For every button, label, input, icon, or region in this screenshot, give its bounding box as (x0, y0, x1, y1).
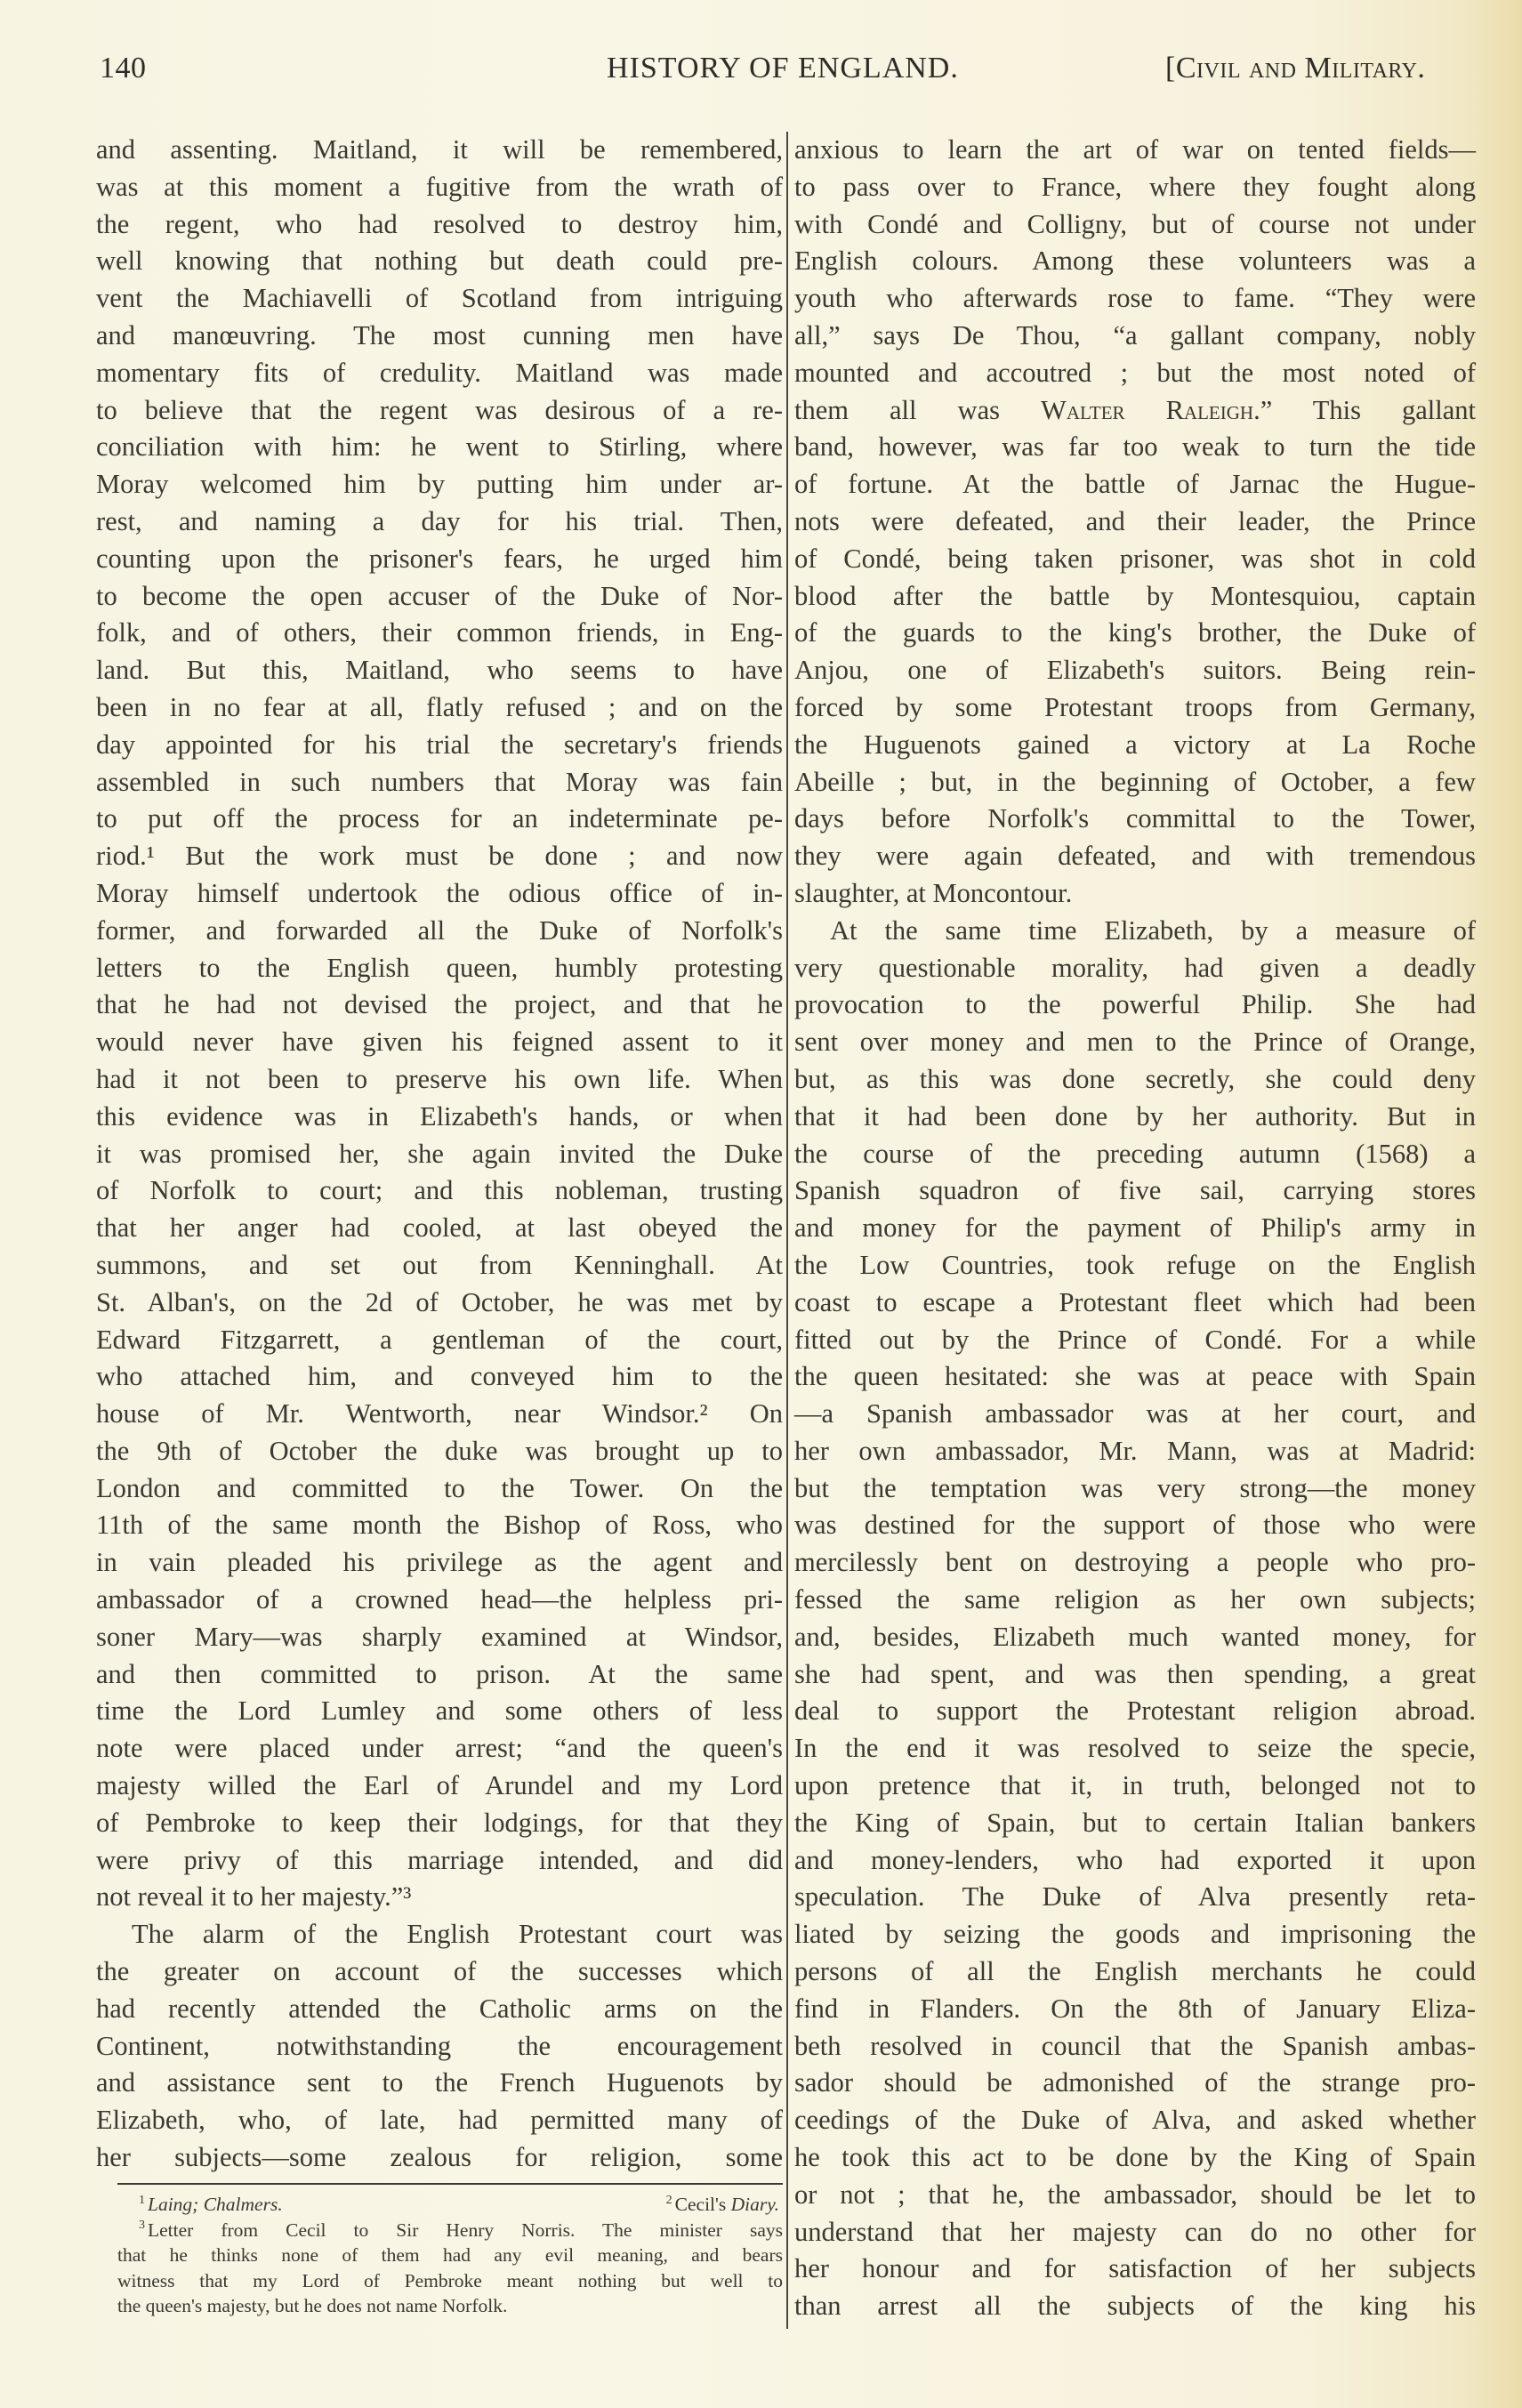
text-line: riod.¹ But the work must be done ; and n… (96, 838, 783, 875)
text-line: days before Norfolk's committal to the T… (794, 801, 1476, 838)
text-line: liated by seizing the goods and imprison… (794, 1916, 1476, 1953)
left-column: and assenting. Maitland, it will be reme… (96, 132, 783, 2177)
text-line: 11th of the same month the Bishop of Ros… (96, 1507, 783, 1544)
text-line: had it not been to preserve his own life… (96, 1061, 783, 1099)
text-line: with Condé and Colligny, but of course n… (794, 206, 1476, 244)
footnote-mark: 1 (139, 2194, 145, 2207)
text-line: that it had been done by her authority. … (794, 1099, 1476, 1136)
text-line: the King of Spain, but to certain Italia… (794, 1805, 1476, 1842)
text-line: ambassador of a crowned head—the helples… (96, 1582, 783, 1619)
text-fragment: them all was (794, 395, 1041, 425)
right-column: anxious to learn the art of war on tente… (794, 132, 1476, 2325)
footnote-mark: 3 (139, 2219, 145, 2232)
text-line: time the Lord Lumley and some others of … (96, 1693, 783, 1730)
text-line: and assistance sent to the French Huguen… (96, 2065, 783, 2102)
footnote-3-line: the queen's majesty, but he does not nam… (117, 2293, 783, 2319)
text-line: note were placed under arrest; “and the … (96, 1730, 783, 1768)
text-line: it was promised her, she again invited t… (96, 1136, 783, 1173)
footnote-1: 1Laing; Chalmers. (139, 2192, 283, 2218)
text-line: Anjou, one of Elizabeth's suitors. Being… (794, 652, 1476, 689)
text-line: band, however, was far too weak to turn … (794, 429, 1476, 466)
text-line: English colours. Among these volunteers … (794, 243, 1476, 280)
text-line: would never have given his feigned assen… (96, 1024, 783, 1061)
text-line: were privy of this marriage intended, an… (96, 1842, 783, 1880)
text-line: but, as this was done secretly, she coul… (794, 1061, 1476, 1099)
text-line: Edward Fitzgarrett, a gentleman of the c… (96, 1322, 783, 1359)
footnote-text: Cecil's (675, 2194, 731, 2215)
text-line: than arrest all the subjects of the king… (794, 2288, 1476, 2325)
text-line: former, and forwarded all the Duke of No… (96, 913, 783, 950)
text-line: the Low Countries, took refuge on the En… (794, 1247, 1476, 1285)
text-line: London and committed to the Tower. On th… (96, 1470, 783, 1508)
text-line: soner Mary—was sharply examined at Winds… (96, 1619, 783, 1656)
footnote-text: Laing; Chalmers. (148, 2194, 283, 2215)
text-line: the course of the preceding autumn (1568… (794, 1136, 1476, 1173)
text-line: land. But this, Maitland, who seems to h… (96, 652, 783, 689)
footnote-3-line: witness that my Lord of Pembroke meant n… (117, 2268, 783, 2294)
text-line: slaughter, at Moncontour. (794, 875, 1476, 913)
section-title: [Civil and Military. (1165, 52, 1425, 85)
column-divider (786, 132, 788, 2329)
text-line: blood after the battle by Montesquiou, c… (794, 578, 1476, 616)
person-name: Walter Raleigh (1041, 395, 1253, 425)
footnote-italic-text: Diary. (731, 2194, 779, 2215)
footnotes: 1Laing; Chalmers. 2Cecil's Diary. 3Lette… (117, 2192, 783, 2319)
text-line: assembled in such numbers that Moray was… (96, 764, 783, 801)
text-line: they were again defeated, and with treme… (794, 838, 1476, 875)
text-line: rest, and naming a day for his trial. Th… (96, 503, 783, 541)
text-line: the Huguenots gained a victory at La Roc… (794, 727, 1476, 764)
text-line: letters to the English queen, humbly pro… (96, 950, 783, 987)
text-line: was at this moment a fugitive from the w… (96, 169, 783, 206)
text-line: momentary fits of credulity. Maitland wa… (96, 355, 783, 392)
text-line: Spanish squadron of five sail, carrying … (794, 1172, 1476, 1210)
text-line: folk, and of others, their common friend… (96, 615, 783, 652)
text-line: been in no fear at all, flatly refused ;… (96, 689, 783, 727)
text-line: them all was Walter Raleigh.” This galla… (794, 392, 1476, 430)
text-line: find in Flanders. On the 8th of January … (794, 1991, 1476, 2028)
text-line: fitted out by the Prince of Condé. For a… (794, 1322, 1476, 1359)
text-line: and, besides, Elizabeth much wanted mone… (794, 1619, 1476, 1656)
text-line: house of Mr. Wentworth, near Windsor.² O… (96, 1396, 783, 1433)
text-line: and manœuvring. The most cunning men hav… (96, 318, 783, 355)
text-line: to pass over to France, where they fough… (794, 169, 1476, 206)
text-line: sent over money and men to the Prince of… (794, 1024, 1476, 1061)
text-line: who attached him, and conveyed him to th… (96, 1358, 783, 1396)
text-line: forced by some Protestant troops from Ge… (794, 689, 1476, 727)
text-line: deal to support the Protestant religion … (794, 1693, 1476, 1730)
text-line: At the same time Elizabeth, by a measure… (794, 913, 1476, 950)
text-line: counting upon the prisoner's fears, he u… (96, 541, 783, 578)
text-line: or not ; that he, the ambassador, should… (794, 2177, 1476, 2214)
text-line: to believe that the regent was desirous … (96, 392, 783, 430)
text-line: very questionable morality, had given a … (794, 950, 1476, 987)
footnote-3-line: 3Letter from Cecil to Sir Henry Norris. … (117, 2218, 783, 2243)
text-line: fessed the same religion as her own subj… (794, 1582, 1476, 1619)
text-fragment: .” This gallant (1253, 395, 1476, 425)
running-header: 140 HISTORY OF ENGLAND. [Civil and Milit… (100, 52, 1470, 96)
text-line: well knowing that nothing but death coul… (96, 243, 783, 280)
text-line: day appointed for his trial the secretar… (96, 727, 783, 764)
text-line: youth who afterwards rose to fame. “They… (794, 280, 1476, 318)
text-line: that her anger had cooled, at last obeye… (96, 1210, 783, 1247)
text-line: anxious to learn the art of war on tente… (794, 132, 1476, 169)
text-line: mercilessly bent on destroying a people … (794, 1544, 1476, 1582)
text-line: all,” says De Thou, “a gallant company, … (794, 318, 1476, 355)
text-line: coast to escape a Protestant fleet which… (794, 1285, 1476, 1322)
text-line: he took this act to be done by the King … (794, 2139, 1476, 2177)
text-line: of fortune. At the battle of Jarnac the … (794, 466, 1476, 503)
text-line: provocation to the powerful Philip. She … (794, 987, 1476, 1024)
text-line: of the guards to the king's brother, the… (794, 615, 1476, 652)
footnote-2: 2Cecil's Diary. (666, 2192, 779, 2218)
text-line: and money-lenders, who had exported it u… (794, 1842, 1476, 1880)
text-line: mounted and accoutred ; but the most not… (794, 355, 1476, 392)
text-line: upon pretence that it, in truth, belonge… (794, 1768, 1476, 1805)
text-line: had recently attended the Catholic arms … (96, 1991, 783, 2028)
text-line: speculation. The Duke of Alva presently … (794, 1879, 1476, 1916)
text-line: The alarm of the English Protestant cour… (96, 1916, 783, 1953)
text-line: persons of all the English merchants he … (794, 1953, 1476, 1991)
text-line: of Pembroke to keep their lodgings, for … (96, 1805, 783, 1842)
page-number: 140 (100, 52, 147, 85)
text-line: of Condé, being taken prisoner, was shot… (794, 541, 1476, 578)
text-line: and assenting. Maitland, it will be reme… (96, 132, 783, 169)
text-line: the 9th of October the duke was brought … (96, 1433, 783, 1470)
text-line: Elizabeth, who, of late, had permitted m… (96, 2102, 783, 2139)
text-line: not reveal it to her majesty.”³ (96, 1879, 783, 1916)
text-line: and then committed to prison. At the sam… (96, 1656, 783, 1694)
text-line: but the temptation was very strong—the m… (794, 1470, 1476, 1508)
running-title: HISTORY OF ENGLAND. (607, 52, 959, 85)
text-line: the regent, who had resolved to destroy … (96, 206, 783, 244)
text-line: the greater on account of the successes … (96, 1953, 783, 1991)
text-line: Abeille ; but, in the beginning of Octob… (794, 764, 1476, 801)
text-line: she had spent, and was then spending, a … (794, 1656, 1476, 1694)
text-line: her own ambassador, Mr. Mann, was at Mad… (794, 1433, 1476, 1470)
text-line: the queen hesitated: she was at peace wi… (794, 1358, 1476, 1396)
text-line: St. Alban's, on the 2d of October, he wa… (96, 1285, 783, 1322)
text-line: was destined for the support of those wh… (794, 1507, 1476, 1544)
footnote-text: Letter from Cecil to Sir Henry Norris. T… (148, 2219, 783, 2241)
footnote-3-line: that he thinks none of them had any evil… (117, 2243, 783, 2268)
text-line: vent the Machiavelli of Scotland from in… (96, 280, 783, 318)
text-line: understand that her majesty can do no ot… (794, 2214, 1476, 2251)
text-line: In the end it was resolved to seize the … (794, 1730, 1476, 1768)
text-line: conciliation with him: he went to Stirli… (96, 429, 783, 466)
text-line: beth resolved in council that the Spanis… (794, 2028, 1476, 2066)
text-line: nots were defeated, and their leader, th… (794, 503, 1476, 541)
text-line: to put off the process for an indetermin… (96, 801, 783, 838)
text-line: Moray himself undertook the odious offic… (96, 875, 783, 913)
text-line: summons, and set out from Kenninghall. A… (96, 1247, 783, 1285)
text-line: Moray welcomed him by putting him under … (96, 466, 783, 503)
text-line: Continent, notwithstanding the encourage… (96, 2028, 783, 2066)
text-line: her subjects—some zealous for religion, … (96, 2139, 783, 2177)
text-line: that he had not devised the project, and… (96, 987, 783, 1024)
text-line: to become the open accuser of the Duke o… (96, 578, 783, 616)
text-line: majesty willed the Earl of Arundel and m… (96, 1768, 783, 1805)
text-line: and money for the payment of Philip's ar… (794, 1210, 1476, 1247)
footnote-row-1-2: 1Laing; Chalmers. 2Cecil's Diary. (117, 2192, 783, 2218)
text-line: in vain pleaded his privilege as the age… (96, 1544, 783, 1582)
text-line: ceedings of the Duke of Alva, and asked … (794, 2102, 1476, 2139)
footnote-divider (117, 2183, 783, 2185)
text-line: her honour and for satisfaction of her s… (794, 2251, 1476, 2288)
text-line: of Norfolk to court; and this nobleman, … (96, 1172, 783, 1210)
footnote-mark: 2 (666, 2194, 672, 2207)
text-line: —a Spanish ambassador was at her court, … (794, 1396, 1476, 1433)
text-line: sador should be admonished of the strang… (794, 2065, 1476, 2102)
text-line: this evidence was in Elizabeth's hands, … (96, 1099, 783, 1136)
